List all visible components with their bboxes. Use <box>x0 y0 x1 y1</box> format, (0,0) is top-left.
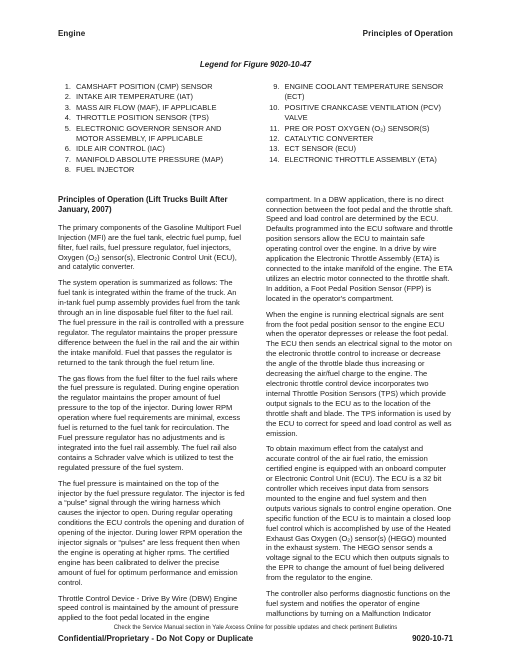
legend-item-text: INTAKE AIR TEMPERATURE (IAT) <box>76 92 245 102</box>
legend-item: 11. PRE OR POST OXYGEN (O₂) SENSOR(S) <box>267 124 454 134</box>
legend-item: 10. POSITIVE CRANKCASE VENTILATION (PCV)… <box>267 103 454 124</box>
legend-item-number: 10. <box>267 103 280 124</box>
legend-item-text: MASS AIR FLOW (MAF), IF APPLICABLE <box>76 103 245 113</box>
legend-item-text: IDLE AIR CONTROL (IAC) <box>76 144 245 154</box>
legend-item-number: 7. <box>58 155 71 165</box>
legend-item: 14. ELECTRONIC THROTTLE ASSEMBLY (ETA) <box>267 155 454 165</box>
legend-item-text: ELECTRONIC GOVERNOR SENSOR AND MOTOR ASS… <box>76 124 245 145</box>
running-header: Engine Principles of Operation <box>58 29 453 38</box>
legend-item-number: 6. <box>58 144 71 154</box>
legend-item-number: 12. <box>267 134 280 144</box>
legend-item-number: 1. <box>58 82 71 92</box>
manual-page: Engine Principles of Operation Legend fo… <box>0 0 510 660</box>
paragraph: When the engine is running electrical si… <box>266 310 453 439</box>
footer-confidential-label: Confidential/Proprietary - Do Not Copy o… <box>58 634 253 643</box>
legend-item-text: FUEL INJECTOR <box>76 165 245 175</box>
paragraph: compartment. In a DBW application, there… <box>266 195 453 304</box>
legend-item: 7. MANIFOLD ABSOLUTE PRESSURE (MAP) <box>58 155 245 165</box>
section-heading: Principles of Operation (Lift Trucks Bui… <box>58 195 245 216</box>
legend-item-number: 3. <box>58 103 71 113</box>
legend-list: 1. CAMSHAFT POSITION (CMP) SENSOR 2. INT… <box>58 82 453 176</box>
legend-item: 4. THROTTLE POSITION SENSOR (TPS) <box>58 113 245 123</box>
paragraph: To obtain maximum effect from the cataly… <box>266 444 453 583</box>
footer-row: Confidential/Proprietary - Do Not Copy o… <box>58 634 453 643</box>
legend-item-text: ECT SENSOR (ECU) <box>285 144 454 154</box>
paragraph: The system operation is summarized as fo… <box>58 278 245 367</box>
legend-item: 13. ECT SENSOR (ECU) <box>267 144 454 154</box>
body-column-left: Principles of Operation (Lift Trucks Bui… <box>58 195 245 630</box>
footer-page-number: 9020-10-71 <box>412 634 453 643</box>
legend-item: 6. IDLE AIR CONTROL (IAC) <box>58 144 245 154</box>
legend-item: 3. MASS AIR FLOW (MAF), IF APPLICABLE <box>58 103 245 113</box>
legend-item: 5. ELECTRONIC GOVERNOR SENSOR AND MOTOR … <box>58 124 245 145</box>
legend-item: 12. CATALYTIC CONVERTER <box>267 134 454 144</box>
legend-item-text: ENGINE COOLANT TEMPERATURE SENSOR (ECT) <box>285 82 454 103</box>
paragraph: The fuel pressure is maintained on the t… <box>58 479 245 588</box>
legend-item: 2. INTAKE AIR TEMPERATURE (IAT) <box>58 92 245 102</box>
legend-item-text: PRE OR POST OXYGEN (O₂) SENSOR(S) <box>285 124 454 134</box>
page-footer: Check the Service Manual section in Yale… <box>58 625 453 643</box>
paragraph: The gas flows from the fuel filter to th… <box>58 374 245 473</box>
body-columns: Principles of Operation (Lift Trucks Bui… <box>58 195 453 630</box>
legend-item-number: 11. <box>267 124 280 134</box>
header-chapter-title: Principles of Operation <box>363 29 453 38</box>
paragraph: Throttle Control Device - Drive By Wire … <box>58 594 245 624</box>
paragraph: The primary components of the Gasoline M… <box>58 223 245 273</box>
header-section-title: Engine <box>58 29 85 38</box>
legend-item-text: POSITIVE CRANKCASE VENTILATION (PCV) VAL… <box>285 103 454 124</box>
legend-item-number: 13. <box>267 144 280 154</box>
legend-item-text: ELECTRONIC THROTTLE ASSEMBLY (ETA) <box>285 155 454 165</box>
legend-item-number: 2. <box>58 92 71 102</box>
legend-item-text: CAMSHAFT POSITION (CMP) SENSOR <box>76 82 245 92</box>
paragraph: The controller also performs diagnostic … <box>266 589 453 619</box>
body-column-right: compartment. In a DBW application, there… <box>266 195 453 630</box>
legend-item: 8. FUEL INJECTOR <box>58 165 245 175</box>
legend-column-right: 9. ENGINE COOLANT TEMPERATURE SENSOR (EC… <box>267 82 454 176</box>
legend-item-number: 9. <box>267 82 280 103</box>
footer-notice: Check the Service Manual section in Yale… <box>58 625 453 631</box>
legend-item-number: 4. <box>58 113 71 123</box>
legend-item-text: MANIFOLD ABSOLUTE PRESSURE (MAP) <box>76 155 245 165</box>
legend-column-left: 1. CAMSHAFT POSITION (CMP) SENSOR 2. INT… <box>58 82 245 176</box>
legend-item-number: 5. <box>58 124 71 145</box>
legend-item: 1. CAMSHAFT POSITION (CMP) SENSOR <box>58 82 245 92</box>
legend-item-number: 14. <box>267 155 280 165</box>
legend-item: 9. ENGINE COOLANT TEMPERATURE SENSOR (EC… <box>267 82 454 103</box>
legend-title: Legend for Figure 9020-10-47 <box>58 60 453 69</box>
legend-item-text: THROTTLE POSITION SENSOR (TPS) <box>76 113 245 123</box>
legend-item-text: CATALYTIC CONVERTER <box>285 134 454 144</box>
legend-item-number: 8. <box>58 165 71 175</box>
